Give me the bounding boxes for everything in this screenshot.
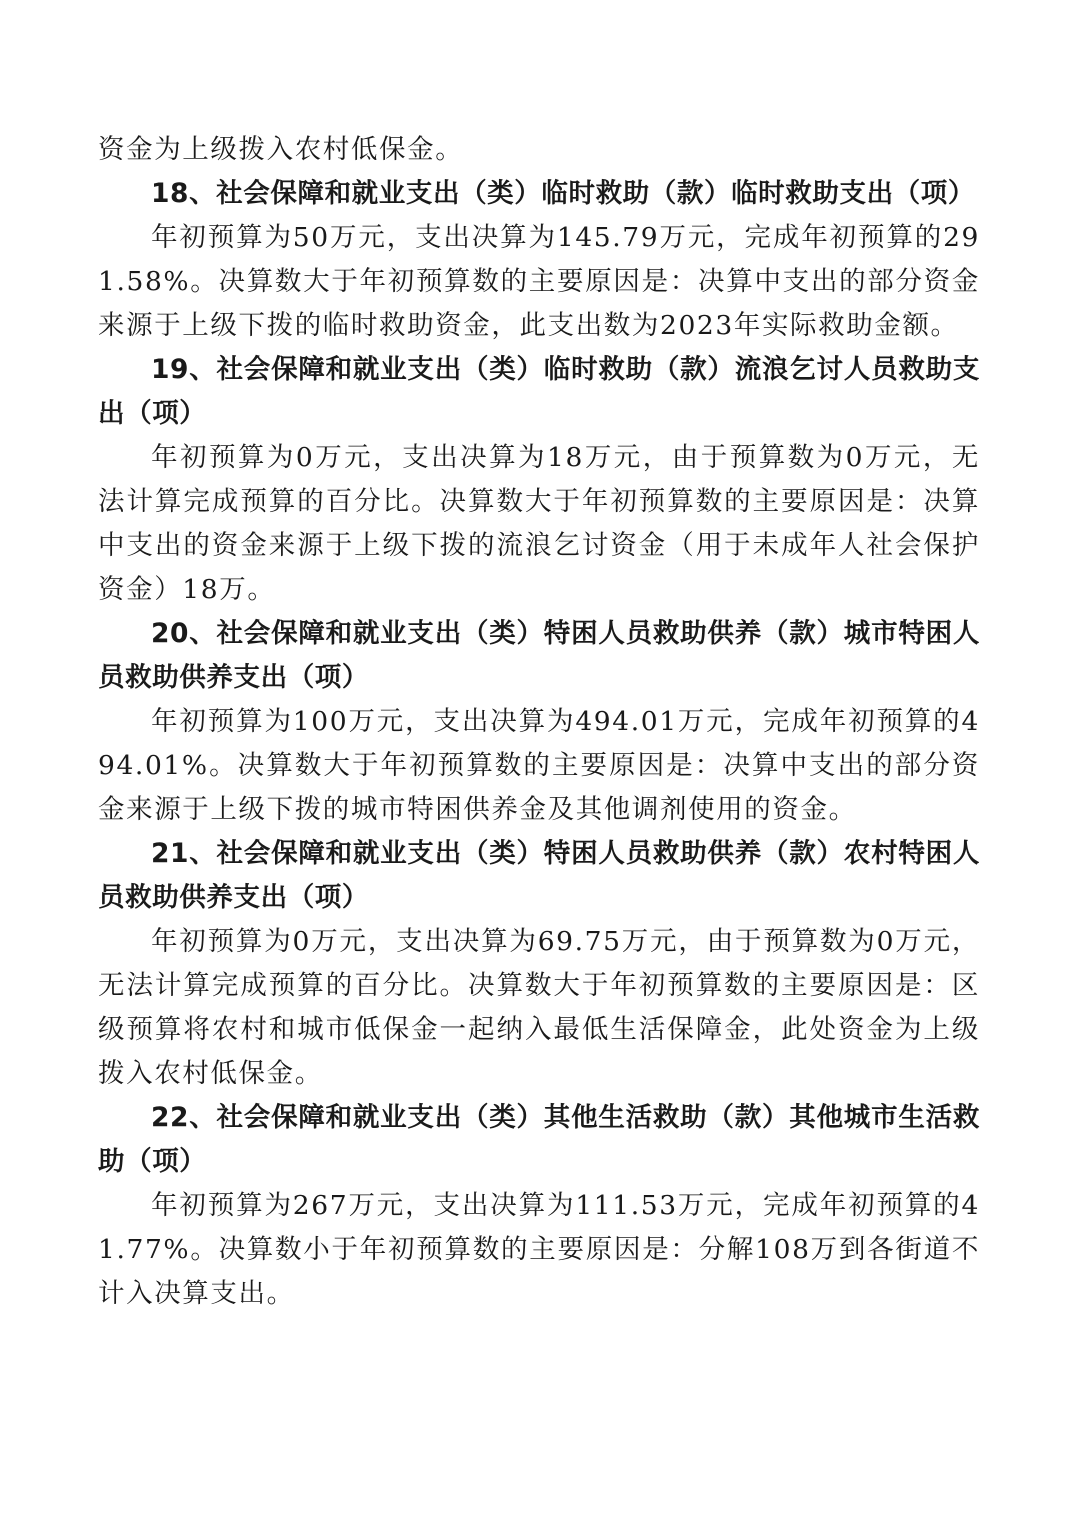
section-heading: 21、社会保障和就业支出（类）特困人员救助供养（款）农村特困人员救助供养支出（项… — [98, 832, 980, 920]
section-20: 20、社会保障和就业支出（类）特困人员救助供养（款）城市特困人员救助供养支出（项… — [98, 612, 980, 832]
section-21: 21、社会保障和就业支出（类）特困人员救助供养（款）农村特困人员救助供养支出（项… — [98, 832, 980, 1096]
section-body: 年初预算为50万元，支出决算为145.79万元，完成年初预算的291.58%。决… — [98, 216, 980, 348]
section-18: 18、社会保障和就业支出（类）临时救助（款）临时救助支出（项） 年初预算为50万… — [98, 172, 980, 348]
section-22: 22、社会保障和就业支出（类）其他生活救助（款）其他城市生活救助（项） 年初预算… — [98, 1096, 980, 1316]
section-body: 年初预算为100万元，支出决算为494.01万元，完成年初预算的494.01%。… — [98, 700, 980, 832]
section-body: 年初预算为0万元，支出决算为69.75万元，由于预算数为0万元，无法计算完成预算… — [98, 920, 980, 1096]
section-body: 年初预算为0万元，支出决算为18万元，由于预算数为0万元，无法计算完成预算的百分… — [98, 436, 980, 612]
section-body: 年初预算为267万元，支出决算为111.53万元，完成年初预算的41.77%。决… — [98, 1184, 980, 1316]
section-19: 19、社会保障和就业支出（类）临时救助（款）流浪乞讨人员救助支出（项） 年初预算… — [98, 348, 980, 612]
continuation-paragraph: 资金为上级拨入农村低保金。 — [98, 128, 980, 172]
section-heading: 22、社会保障和就业支出（类）其他生活救助（款）其他城市生活救助（项） — [98, 1096, 980, 1184]
section-heading: 18、社会保障和就业支出（类）临时救助（款）临时救助支出（项） — [98, 172, 980, 216]
document-page: 资金为上级拨入农村低保金。 18、社会保障和就业支出（类）临时救助（款）临时救助… — [98, 128, 980, 1316]
section-heading: 19、社会保障和就业支出（类）临时救助（款）流浪乞讨人员救助支出（项） — [98, 348, 980, 436]
section-heading: 20、社会保障和就业支出（类）特困人员救助供养（款）城市特困人员救助供养支出（项… — [98, 612, 980, 700]
